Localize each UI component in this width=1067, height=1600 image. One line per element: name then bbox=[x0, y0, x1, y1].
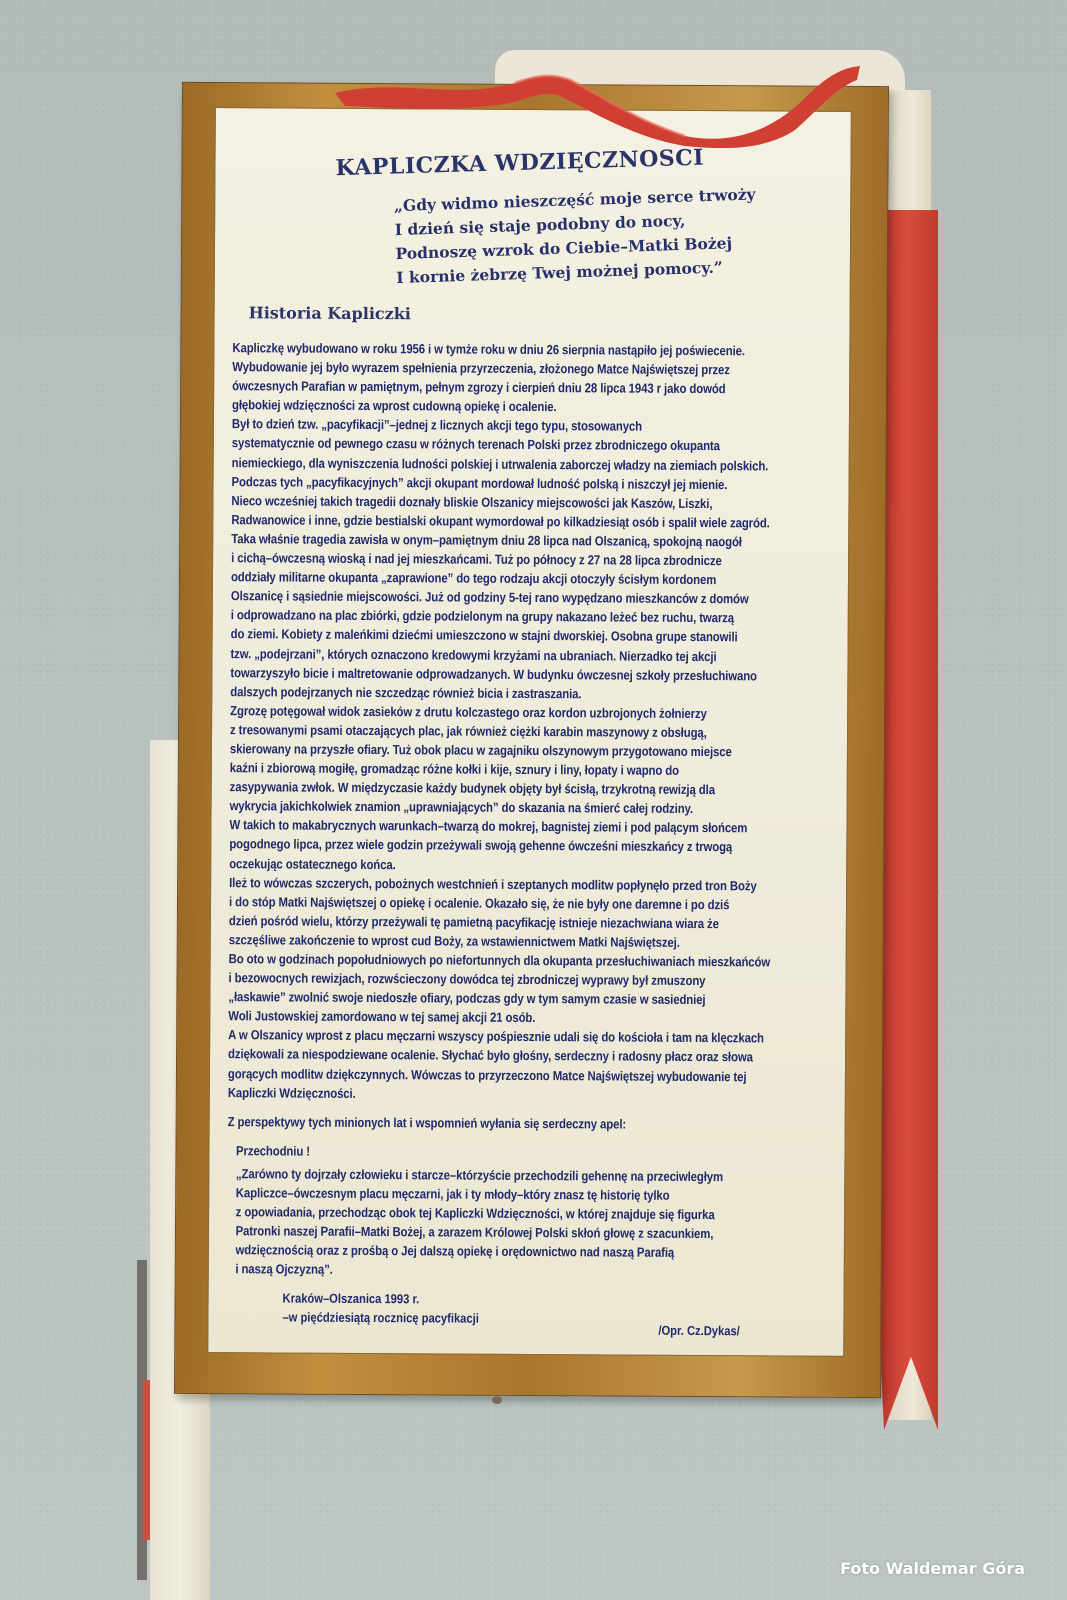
plaque: KAPLICZKA WDZIĘCZNOSCI „Gdy widmo nieszc… bbox=[207, 107, 852, 1357]
photo-credit: Foto Waldemar Góra bbox=[840, 1559, 1025, 1578]
plaque-title: KAPLICZKA WDZIĘCZNOSCI bbox=[335, 145, 704, 182]
poem: „Gdy widmo nieszczęść moje serce trwoży … bbox=[394, 182, 759, 290]
history-line: pogodnego lipca, przez wiele godzin prze… bbox=[229, 835, 754, 857]
poem-line: I kornie żebrzę Twej możnej pomocy.” bbox=[396, 258, 723, 288]
history-line: do ziemi. Kobiety z maleńkimi dziećmi um… bbox=[231, 625, 756, 647]
poem-line: I dzień się staje podobny do nocy, bbox=[394, 211, 685, 239]
history-text: Kapliczkę wybudowano w roku 1956 i w tym… bbox=[227, 338, 757, 1282]
appeal-salutation: Przechodniu ! bbox=[227, 1141, 752, 1163]
history-line: systematycznie od pewnego czasu w różnyc… bbox=[232, 434, 757, 456]
plaque-subtitle: Historia Kapliczki bbox=[249, 303, 411, 323]
wooden-frame: KAPLICZKA WDZIĘCZNOSCI „Gdy widmo nieszc… bbox=[174, 82, 889, 1398]
history-line: tzw. „podejrzani”, których oznaczono kre… bbox=[230, 644, 755, 666]
appeal-line: i naszą Ojczyzną”. bbox=[235, 1260, 751, 1282]
poem-line: „Gdy widmo nieszczęść moje serce trwoży bbox=[394, 184, 756, 215]
history-lines: Kapliczkę wybudowano w roku 1956 i w tym… bbox=[228, 338, 757, 1105]
anniversary: –w pięćdziesiątą rocznicę pacyfikacji bbox=[282, 1307, 478, 1327]
author-signature: /Opr. Cz.Dykas/ bbox=[658, 1323, 739, 1338]
appeal-intro: Z perspektywy tych minionych lat i wspom… bbox=[228, 1112, 753, 1134]
history-line: dziękowali za niespodziewane ocalenie. S… bbox=[228, 1045, 753, 1067]
place-date: Kraków–Olszanica 1993 r. bbox=[283, 1288, 479, 1308]
red-ribbon-top bbox=[335, 58, 860, 148]
history-line: Kapliczki Wdzięczności. bbox=[228, 1083, 753, 1105]
appeal-lines: „Zarówno ty dojrzały człowieku i starcze… bbox=[227, 1164, 752, 1282]
hanging-nail bbox=[492, 1396, 502, 1404]
footer-place-date: Kraków–Olszanica 1993 r. –w pięćdziesiąt… bbox=[282, 1288, 479, 1327]
